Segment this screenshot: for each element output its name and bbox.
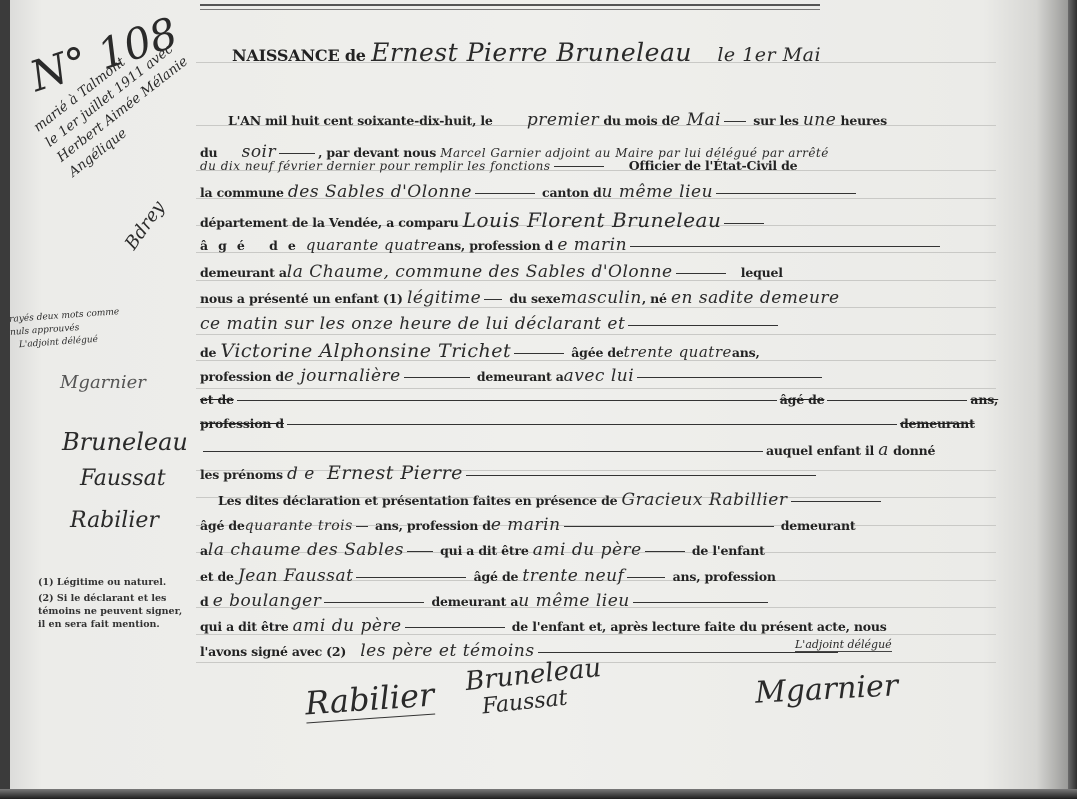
title-date: le 1er Mai bbox=[717, 44, 821, 66]
footnote-2: (2) Si le déclarant et les témoins ne pe… bbox=[38, 592, 188, 631]
page-binding-edge bbox=[0, 0, 10, 799]
body-line-21: qui a dit être ami du père de l'enfant e… bbox=[200, 616, 887, 636]
body-line-16: Les dites déclaration et présentation fa… bbox=[218, 490, 884, 510]
body-line-9: ce matin sur les onze heure de lui décla… bbox=[200, 314, 781, 334]
title-child-name: Ernest Pierre Bruneleau bbox=[371, 38, 692, 67]
body-line-17: âgé dequarante trois ans, profession de … bbox=[200, 515, 855, 535]
body-line-3: du dix neuf février dernier pour remplir… bbox=[200, 158, 797, 173]
body-line-12-struck: et deâgé deans, bbox=[200, 392, 998, 407]
body-line-8: nous a présenté un enfant (1) légitime d… bbox=[200, 288, 840, 308]
body-line-18: ala chaume des Sables qui a dit être ami… bbox=[200, 540, 765, 560]
body-line-1: L'AN mil huit cent soixante-dix-huit, le… bbox=[228, 110, 887, 130]
ruled-line bbox=[196, 334, 996, 335]
margin-signature-rabilier: Rabilier bbox=[70, 508, 159, 533]
body-line-10: de Victorine Alphonsine Trichet âgée det… bbox=[200, 340, 760, 362]
body-line-19: et de Jean Faussat âgé de trente neuf an… bbox=[200, 566, 776, 586]
page-bottom-edge bbox=[0, 789, 1077, 799]
title-printed: NAISSANCE de bbox=[232, 46, 366, 65]
signature-officer-garnier: Mgarnier bbox=[754, 668, 899, 710]
footnote-1: (1) Légitime ou naturel. bbox=[38, 576, 188, 589]
body-line-13-struck: profession ddemeurant bbox=[200, 416, 975, 431]
body-line-4: la commune des Sables d'Olonne canton du… bbox=[200, 182, 859, 202]
margin-officer-signature: Mgarnier bbox=[60, 372, 146, 393]
page-right-edge bbox=[1068, 0, 1077, 799]
body-line-22: l'avons signé avec (2) les père et témoi… bbox=[200, 641, 841, 661]
body-line-6: âgé dequarante quatreans, profession d e… bbox=[200, 235, 943, 255]
margin-renvoi-note: rayés deux mots comme nuls approuvés L'a… bbox=[9, 306, 122, 353]
body-line-14: auquel enfant il a donné bbox=[200, 440, 935, 460]
body-line-15: les prénoms d e Ernest Pierre bbox=[200, 462, 819, 484]
margin-signature-father: Bruneleau bbox=[62, 428, 188, 456]
margin-signature-faussat: Faussat bbox=[80, 466, 166, 491]
body-line-5: département de la Vendée, a comparu Loui… bbox=[200, 208, 767, 232]
ruled-line bbox=[196, 388, 996, 389]
body-line-11: profession de journalière demeurant aave… bbox=[200, 366, 825, 386]
top-rule bbox=[200, 4, 820, 10]
officer-title: L'adjoint délégué bbox=[795, 638, 892, 652]
body-line-7: demeurant ala Chaume, commune des Sables… bbox=[200, 262, 783, 282]
record-title: NAISSANCE de Ernest Pierre Bruneleau le … bbox=[232, 38, 821, 67]
body-line-20: d e boulanger demeurant au même lieu bbox=[200, 591, 771, 611]
